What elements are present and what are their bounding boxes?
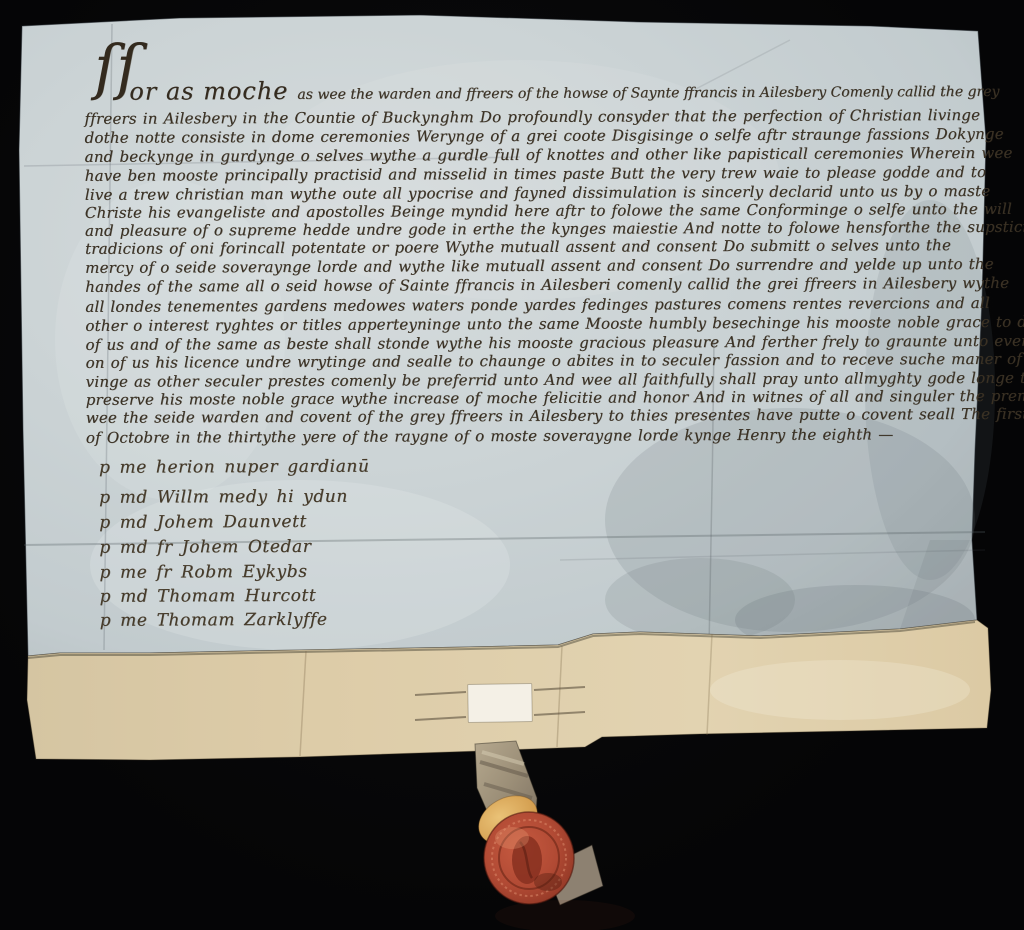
signature-friar: p md Johem Daunvett <box>99 511 307 534</box>
deed-line: of Octobre in the thirtythe yere of the … <box>86 425 894 448</box>
deed-line: or as moche as wee the warden and ffreer… <box>129 74 999 106</box>
deed-opening-words: or as moche <box>129 77 288 106</box>
signature-friar: p me fr Robm Eykybs <box>99 561 307 584</box>
signature-warden: p me herion nuper gardianū <box>99 456 370 479</box>
signature-friar: p md Willm medy hi ydun <box>99 486 348 509</box>
signature-friar: p md fr Johem Otedar <box>99 536 311 559</box>
deed-text: ſſ or as moche as wee the warden and ffr… <box>0 0 1024 930</box>
deed-line: wee the seide warden and covent of the g… <box>86 405 1024 428</box>
photo-of-deed: ſſ or as moche as wee the warden and ffr… <box>0 0 1024 930</box>
deed-line-text: as wee the warden and ffreers of the how… <box>297 84 999 103</box>
signature-friar: p md Thomam Hurcott <box>100 585 317 608</box>
signature-friar: p me Thomam Zarklyffe <box>100 609 328 632</box>
deed-line: handes of the same all o seid howse of S… <box>85 274 1009 297</box>
